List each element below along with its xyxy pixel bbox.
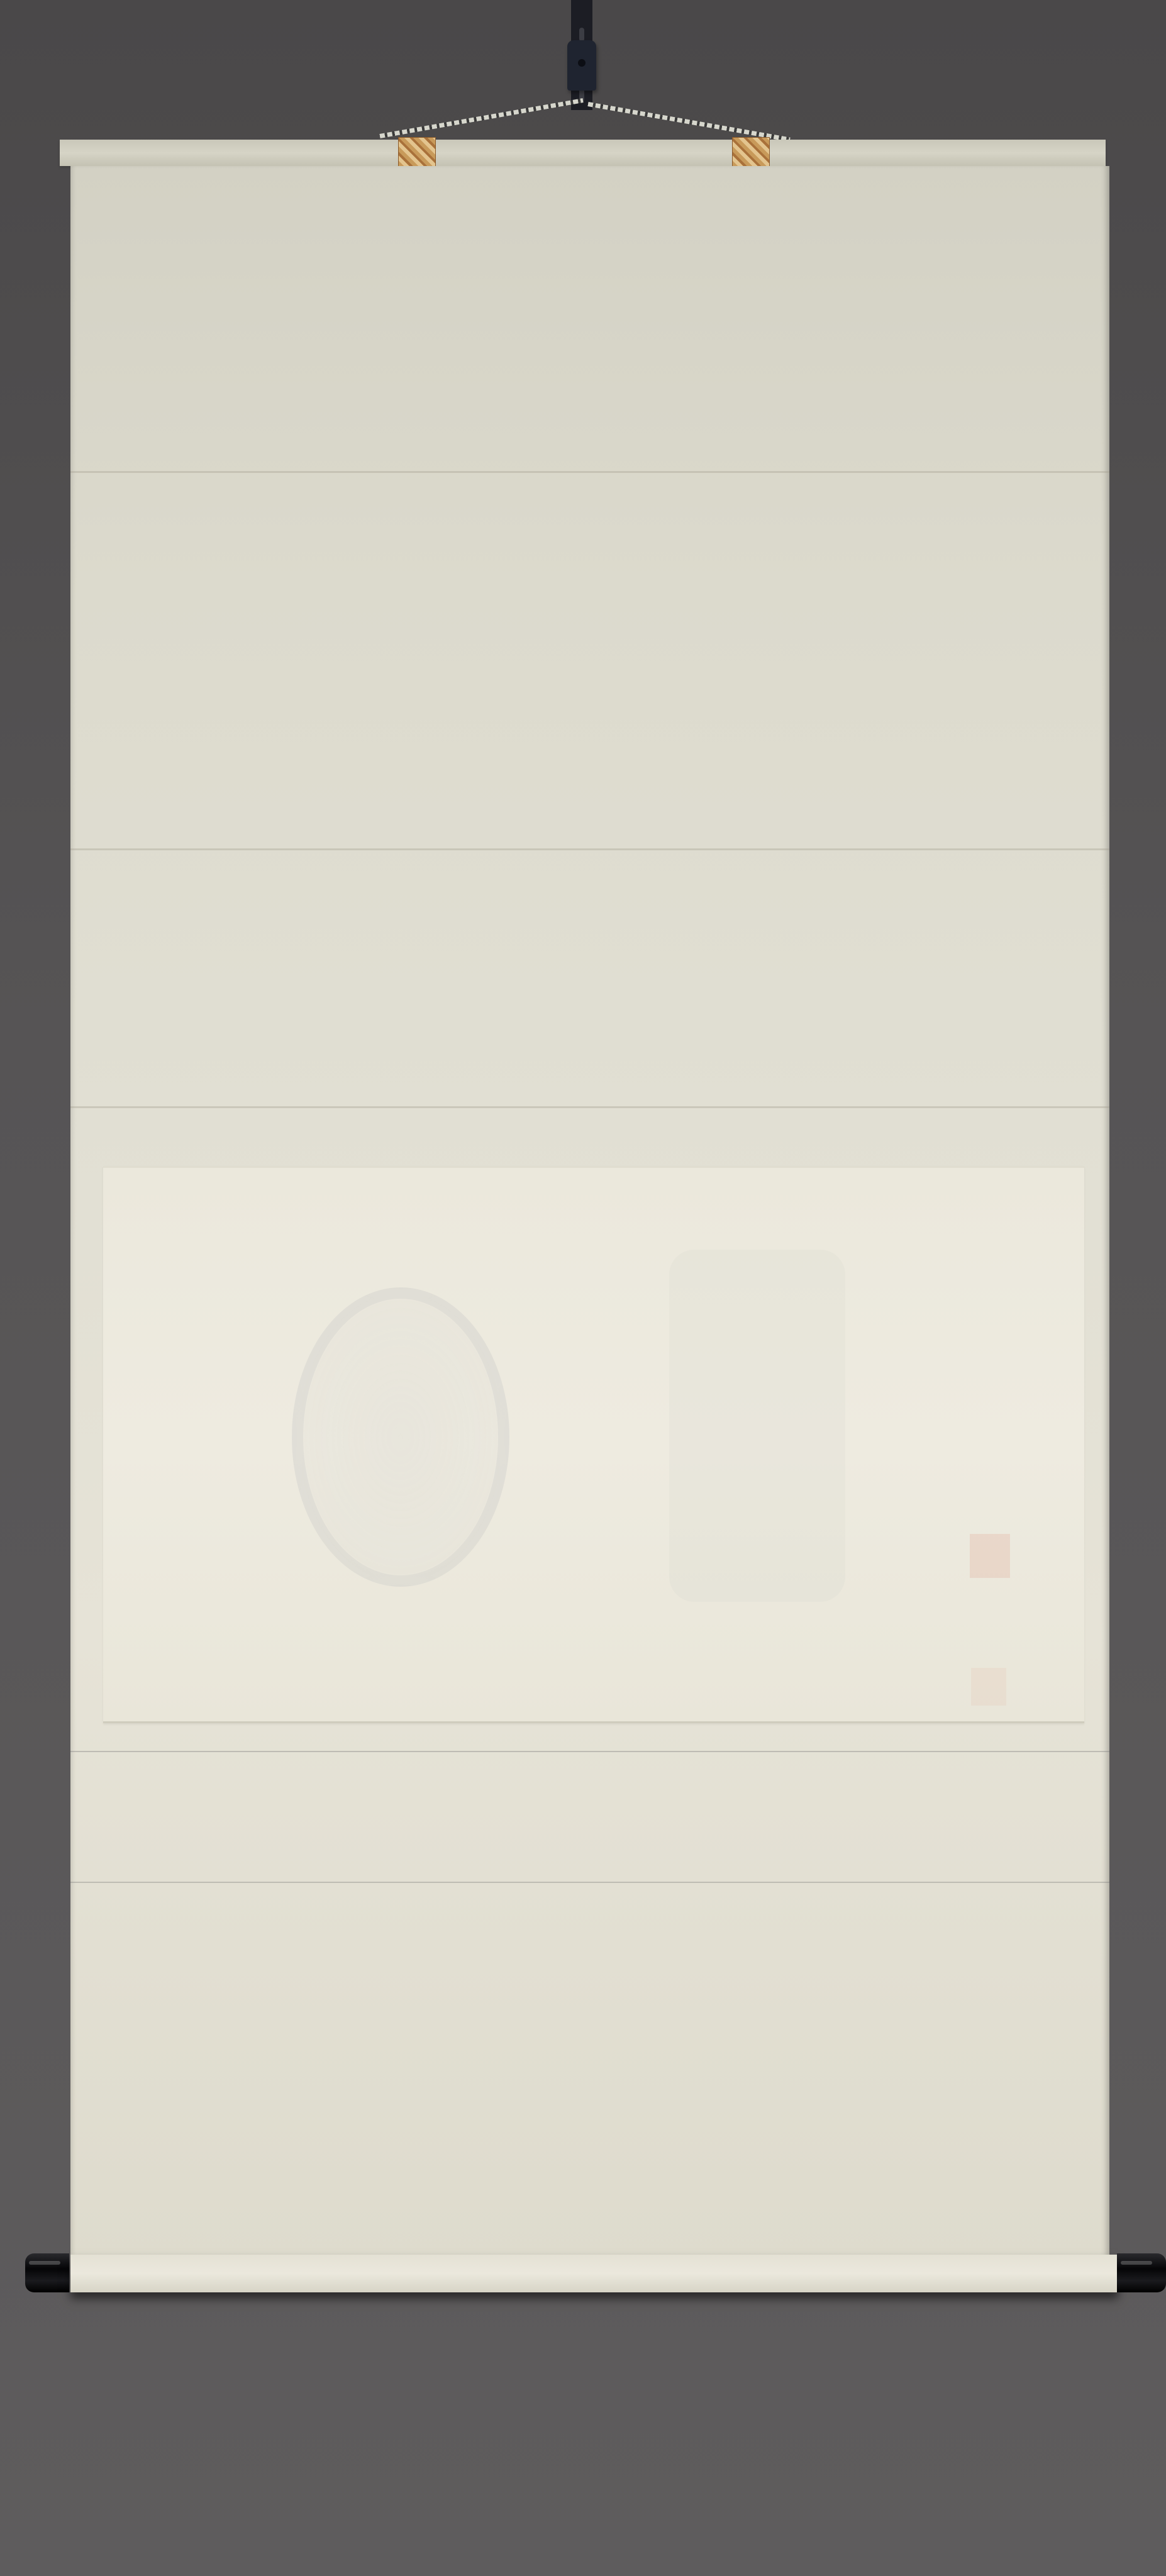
bottom-roller-left-end xyxy=(25,2253,69,2292)
left-brocade-tab xyxy=(398,137,436,167)
red-seal-show-through xyxy=(970,1534,1010,1578)
fold-line xyxy=(70,1751,1109,1752)
bottom-roller-right-end xyxy=(1117,2253,1166,2292)
painting-panel-back xyxy=(103,1166,1084,1723)
standing-figure-show-through xyxy=(669,1250,845,1602)
top-rod xyxy=(60,140,1106,166)
hook-bracket xyxy=(567,40,596,91)
mount-seam xyxy=(70,471,1109,473)
scroll-mount xyxy=(70,166,1109,2265)
faint-seal-show-through xyxy=(971,1668,1006,1706)
hanging-cord-right xyxy=(587,102,790,142)
hanging-cord-left xyxy=(379,98,583,138)
fold-line xyxy=(70,1882,1109,1883)
bolt-icon xyxy=(578,59,586,67)
roller-highlight xyxy=(29,2261,60,2265)
oval-figure-show-through xyxy=(292,1287,509,1587)
bottom-rolled-mount xyxy=(70,2255,1118,2292)
rail-slot xyxy=(579,28,584,42)
mount-seam xyxy=(70,848,1109,850)
mount-seam xyxy=(70,1106,1109,1108)
roller-highlight xyxy=(1121,2261,1152,2265)
right-brocade-tab xyxy=(732,137,770,167)
